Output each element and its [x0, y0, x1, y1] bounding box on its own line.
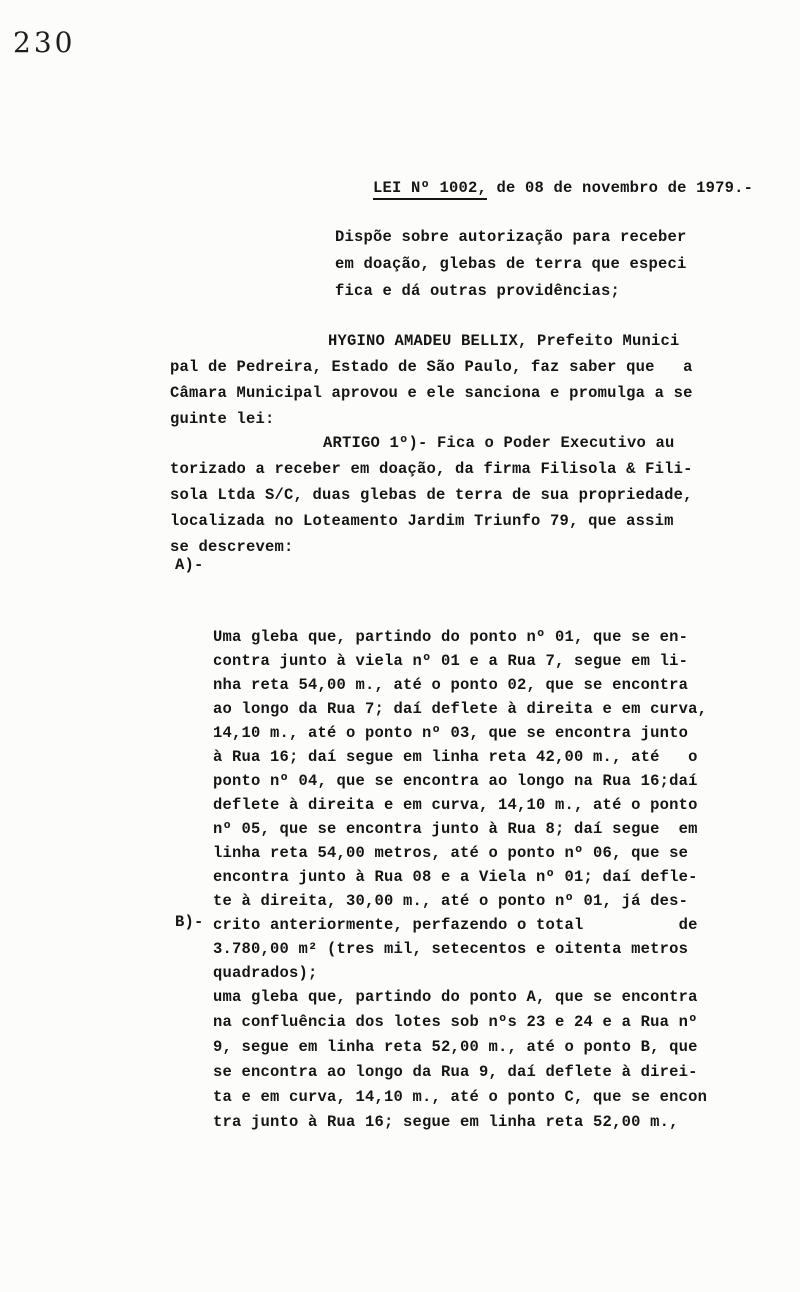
law-date: de 08 de novembro de 1979.- [487, 179, 753, 197]
law-artigo-1: ARTIGO 1º)- Fica o Poder Executivo au to… [170, 430, 693, 560]
page-number: 230 [13, 26, 75, 59]
gleba-item-b: B)- uma gleba que, partindo do ponto A, … [175, 910, 707, 1185]
gleba-item-a-label: A)- [175, 553, 204, 577]
law-title: LEI Nº 1002, de 08 de novembro de 1979.- [335, 161, 753, 215]
law-number-underlined: LEI Nº 1002, [373, 179, 487, 200]
gleba-item-b-label: B)- [175, 910, 204, 935]
law-preamble: HYGINO AMADEU BELLIX, Prefeito Munici pa… [170, 328, 693, 432]
gleba-item-b-text: uma gleba que, partindo do ponto A, que … [213, 985, 707, 1135]
law-ementa: Dispõe sobre autorização para receber em… [335, 224, 687, 305]
scanned-law-document-page: 230 LEI Nº 1002, de 08 de novembro de 19… [0, 0, 800, 1292]
